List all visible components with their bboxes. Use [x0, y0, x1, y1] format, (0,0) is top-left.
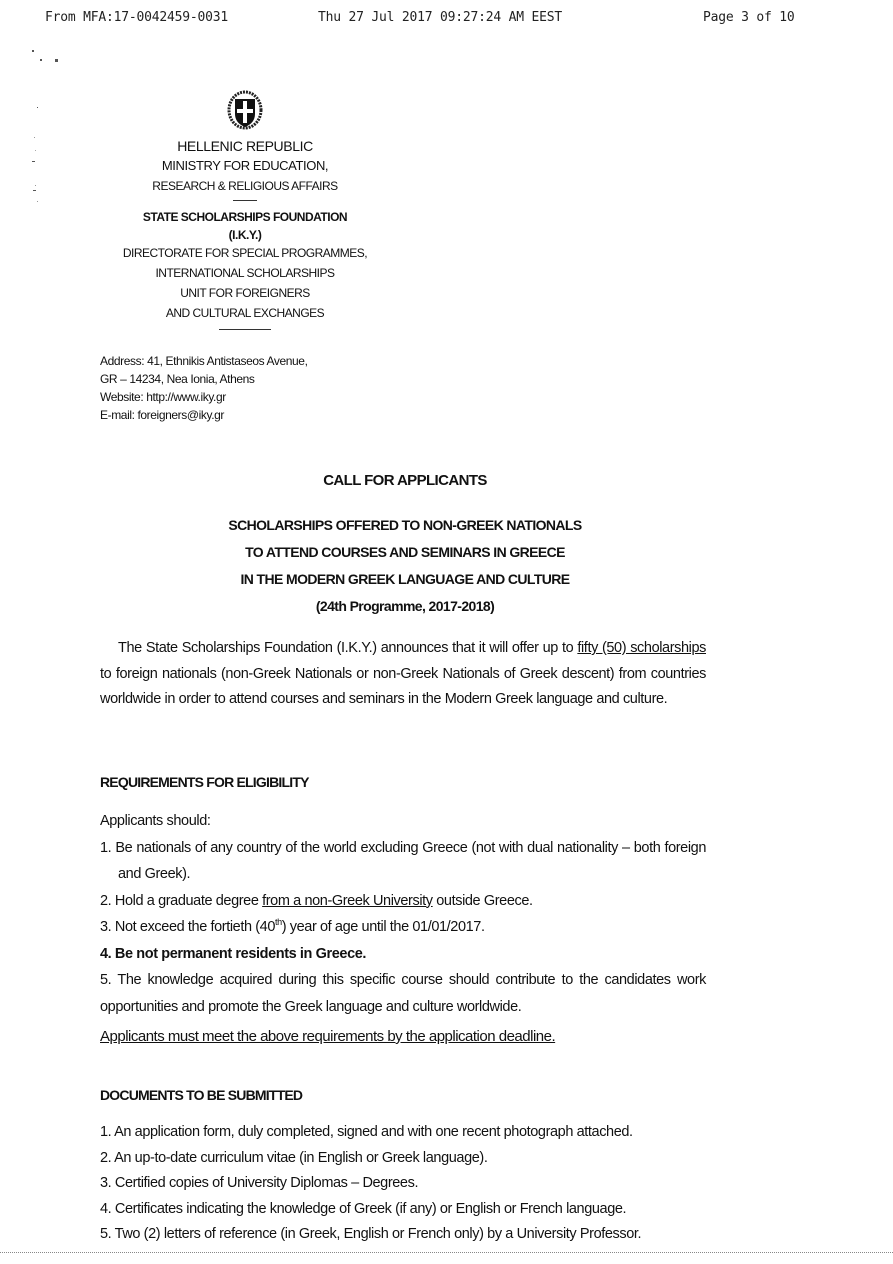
requirement-text: 3. Not exceed the fortieth (40	[100, 919, 275, 935]
scan-speck	[40, 59, 42, 61]
divider	[219, 329, 271, 330]
intro-paragraph: The State Scholarships Foundation (I.K.Y…	[100, 636, 706, 713]
subtitle-line: (24th Programme, 2017-2018)	[100, 593, 710, 620]
requirements-lead: Applicants should:	[100, 808, 706, 835]
greek-coat-of-arms-icon	[227, 90, 263, 134]
requirement-item: 4. Be not permanent residents in Greece.	[100, 941, 706, 968]
scan-edge-line	[0, 1252, 893, 1254]
letterhead-ministry: MINISTRY FOR EDUCATION,	[110, 156, 380, 176]
intro-text: to foreign nationals (non-Greek National…	[100, 666, 706, 708]
document-item: 2. An up-to-date curriculum vitae (in En…	[100, 1146, 706, 1172]
subtitle-block: SCHOLARSHIPS OFFERED TO NON-GREEK NATION…	[100, 512, 710, 620]
subtitle-line: IN THE MODERN GREEK LANGUAGE AND CULTURE	[100, 566, 710, 593]
requirement-text: outside Greece.	[433, 893, 533, 909]
documents-list: 1. An application form, duly completed, …	[100, 1120, 706, 1248]
email-link[interactable]: E-mail: foreigners@iky.gr	[100, 406, 308, 424]
scan-speck	[55, 59, 58, 62]
contact-block: Address: 41, Ethnikis Antistaseos Avenue…	[100, 352, 308, 424]
directorate-line: DIRECTORATE FOR SPECIAL PROGRAMMES,	[110, 243, 380, 263]
deadline-note: Applicants must meet the above requireme…	[100, 1028, 555, 1045]
requirement-item: 5. The knowledge acquired during this sp…	[100, 967, 706, 1020]
requirement-item: 3. Not exceed the fortieth (40th) year o…	[100, 914, 706, 941]
foundation-acronym: (I.K.Y.)	[110, 227, 380, 243]
scan-speck	[34, 137, 35, 138]
requirement-item: 1. Be nationals of any country of the wo…	[100, 835, 706, 888]
requirement-text: 2. Hold a graduate degree	[100, 893, 262, 909]
directorate-line: AND CULTURAL EXCHANGES	[110, 303, 380, 323]
fax-datetime: Thu 27 Jul 2017 09:27:24 AM EEST	[318, 10, 562, 25]
divider	[233, 200, 257, 201]
letterhead-ministry-2: RESEARCH & RELIGIOUS AFFAIRS	[110, 176, 380, 196]
requirements-list: Applicants should: 1. Be nationals of an…	[100, 808, 706, 1020]
address-line: GR – 14234, Nea Ionia, Athens	[100, 370, 308, 388]
requirement-item: 2. Hold a graduate degree from a non-Gre…	[100, 888, 706, 915]
scan-speck	[32, 161, 35, 162]
scan-speck	[37, 201, 38, 202]
requirement-emphasis: from a non-Greek University	[262, 893, 433, 909]
fax-sender: From MFA:17-0042459-0031	[45, 10, 228, 25]
documents-heading: DOCUMENTS TO BE SUBMITTED	[100, 1087, 302, 1103]
scan-speck	[37, 107, 38, 108]
letterhead-republic: HELLENIC REPUBLIC	[110, 136, 380, 156]
document-item: 1. An application form, duly completed, …	[100, 1120, 706, 1146]
intro-text: The State Scholarships Foundation (I.K.Y…	[118, 640, 577, 656]
requirement-text: ) year of age until the 01/01/2017.	[282, 919, 485, 935]
scan-speck	[33, 190, 36, 191]
letterhead: HELLENIC REPUBLIC MINISTRY FOR EDUCATION…	[110, 90, 380, 338]
directorate-line: INTERNATIONAL SCHOLARSHIPS	[110, 263, 380, 283]
fax-page-number: Page 3 of 10	[703, 10, 795, 25]
document-item: 4. Certificates indicating the knowledge…	[100, 1197, 706, 1223]
address-line: Address: 41, Ethnikis Antistaseos Avenue…	[100, 352, 308, 370]
ordinal-suffix: th	[275, 917, 282, 927]
document-item: 3. Certified copies of University Diplom…	[100, 1171, 706, 1197]
subtitle-line: SCHOLARSHIPS OFFERED TO NON-GREEK NATION…	[100, 512, 710, 539]
fax-header: From MFA:17-0042459-0031 Thu 27 Jul 2017…	[0, 10, 893, 30]
foundation-name: STATE SCHOLARSHIPS FOUNDATION	[110, 207, 380, 227]
call-title: CALL FOR APPLICANTS	[100, 472, 710, 489]
scan-speck	[35, 150, 36, 151]
directorate-line: UNIT FOR FOREIGNERS	[110, 283, 380, 303]
website-link[interactable]: Website: http://www.iky.gr	[100, 388, 308, 406]
subtitle-line: TO ATTEND COURSES AND SEMINARS IN GREECE	[100, 539, 710, 566]
scan-speck	[32, 50, 34, 52]
scholarship-count: fifty (50) scholarships	[577, 640, 706, 656]
document-item: 5. Two (2) letters of reference (in Gree…	[100, 1222, 706, 1248]
requirements-heading: REQUIREMENTS FOR ELIGIBILITY	[100, 774, 309, 790]
scan-speck	[35, 185, 36, 186]
